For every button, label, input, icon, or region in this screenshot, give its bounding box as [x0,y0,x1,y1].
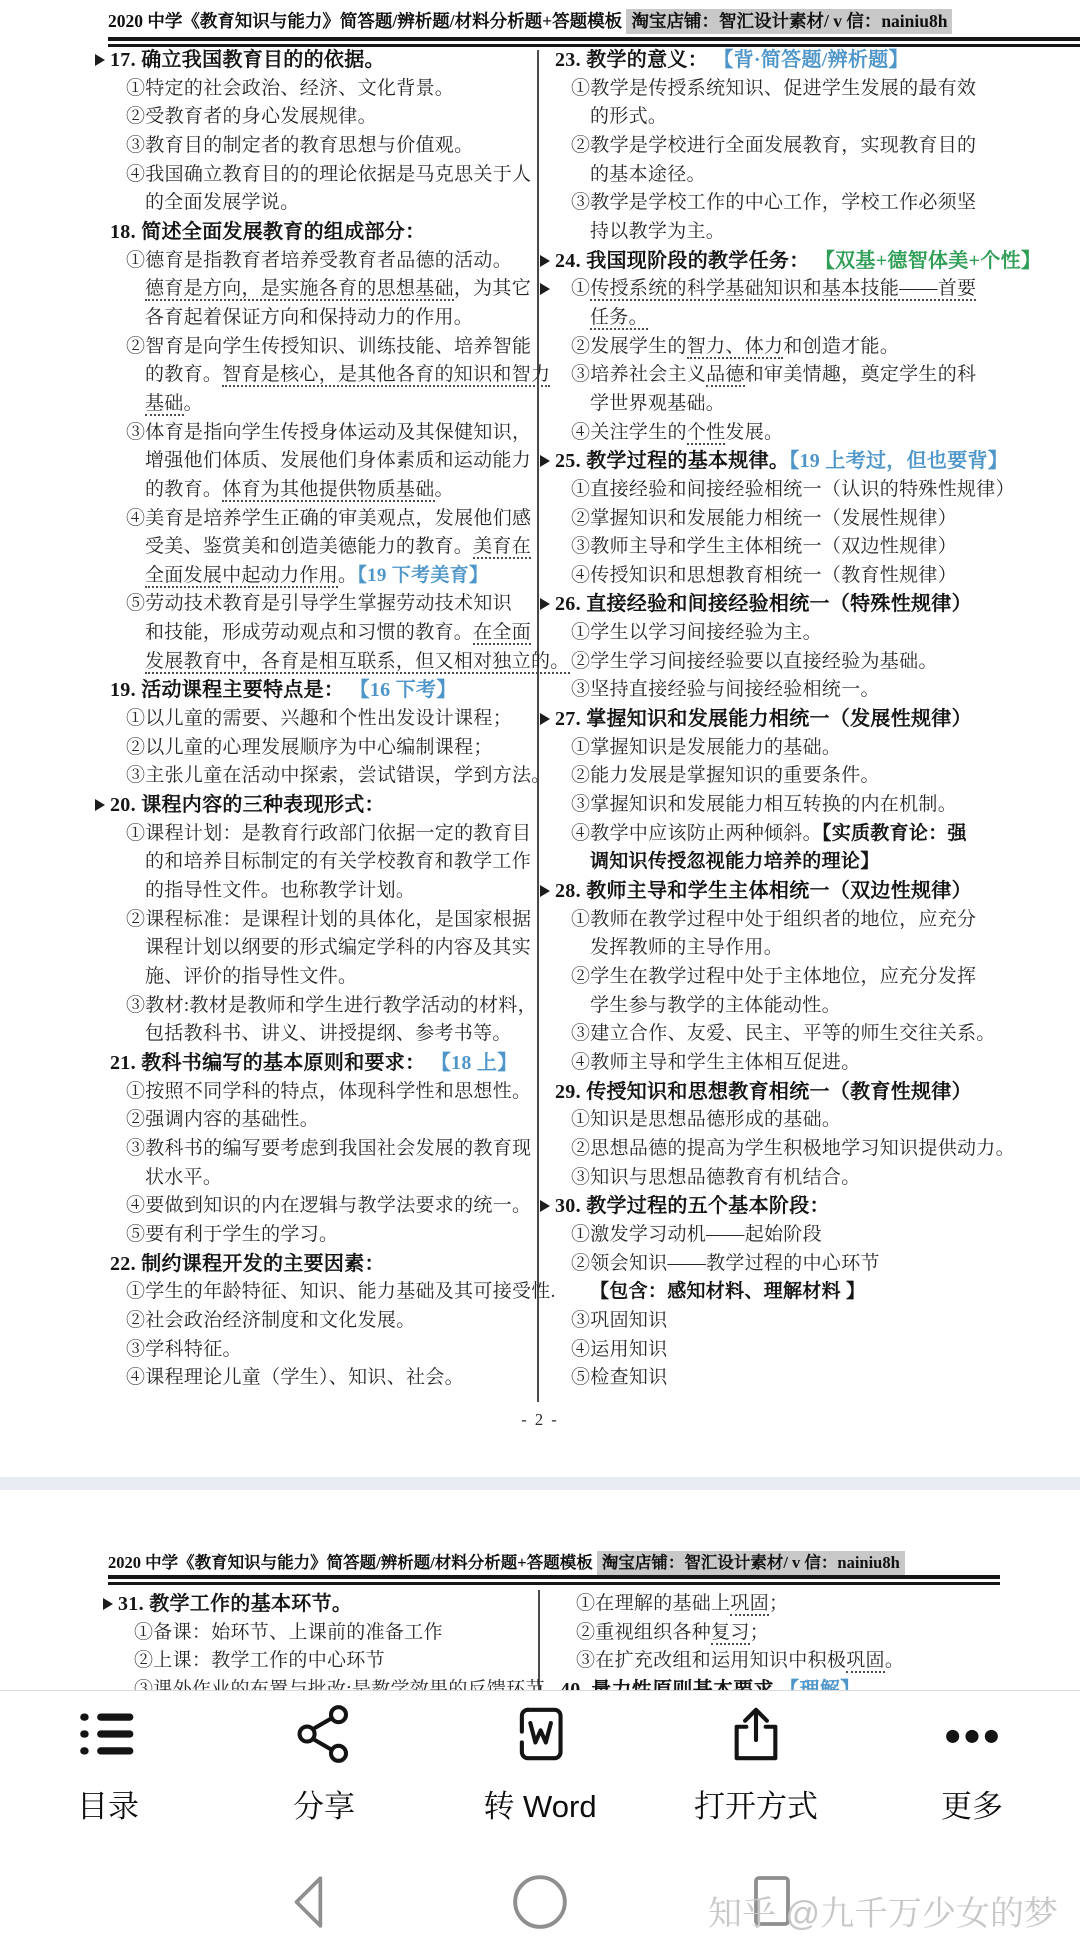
doc-text: 28. 教师主导和学生主体相统一（双边性规律） [555,880,972,902]
open-with-icon [727,1705,785,1763]
doc-text: ①课程计划：是教育行政部门依据一定的教育目 [126,823,531,844]
doc-text-line: ③教材:教材是教师和学生进行教学活动的材料， [95,992,555,1021]
doc-text: ④课程理论儿童（学生）、知识、社会。 [126,1367,464,1388]
doc-text-line: 的全面发展学说。 [95,189,555,218]
doc-text: ④关注学生的 [571,422,687,443]
doc-text: ①在理解的基础上 [576,1593,730,1614]
doc-text: ②发展学生的 [571,336,687,357]
arrow-marker-icon [95,799,105,811]
doc-text-line: 德育是方向，是实施各育的思想基础，为其它 [95,275,555,304]
doc-text: 持以教学为主。 [590,221,725,242]
doc-text: ④我国确立教育目的的理论依据是马克思关于人 [126,164,531,185]
doc-text-line: ①教学是传授系统知识、促进学生发展的最有效 [540,75,1080,104]
doc-text: ③教科书的编写要考虑到我国社会发展的教育现 [126,1138,531,1159]
share-icon [295,1705,353,1763]
doc-text-line: ②以儿童的心理发展顺序为中心编制课程； [95,734,555,763]
doc-heading-line: 27. 掌握知识和发展能力相统一（发展性规律） [540,705,1080,734]
doc-text-line: ①教师在教学过程中处于组织者的地位，应充分 [540,906,1080,935]
exam-tag: 【双基+德智体美+个性】 [815,250,1041,272]
doc-text-line: 和技能，形成劳动观点和习惯的教育。在全面 [95,619,555,648]
doc-text: 24. 我国现阶段的教学任务： [555,250,810,272]
doc-text-line: ①特定的社会政治、经济、文化背景。 [95,75,555,104]
doc-text: 智力、体力 [687,336,784,359]
doc-text: ②课程标准：是课程计划的具体化，是国家根据 [126,909,531,930]
doc-text-line: 课程计划以纲要的形式编定学科的内容及其实 [95,934,555,963]
doc-text: 。 [338,565,357,586]
doc-text-line: ①知识是思想品德形成的基础。 [540,1106,1080,1135]
doc-text-line: ⑤要有利于学生的学习。 [95,1221,555,1250]
doc-text-line: ①学生以学习间接经验为主。 [540,619,1080,648]
doc-text: ； [769,1593,788,1614]
exam-tag: 【理解】 [779,1679,860,1691]
doc-text: ①激发学习动机——起始阶段 [571,1224,822,1245]
page-number: - 2 - [0,1410,1080,1430]
doc-text-line: ③巩固知识 [540,1307,1080,1336]
doc-text: 学生参与教学的主体能动性。 [590,995,841,1016]
doc-heading-line: 18. 简述全面发展教育的组成部分： [95,218,555,247]
doc-text: ①特定的社会政治、经济、文化背景。 [126,78,454,99]
doc-heading-line: 19. 活动课程主要特点是： 【16 下考】 [95,676,555,705]
doc-text: 21. 教科书编写的基本原则和要求： [110,1052,425,1074]
doc-text: 发展。 [725,422,783,443]
doc-text: 。 [184,393,203,414]
doc-text-line: ③在扩充改组和运用知识中积极巩固。 [545,1647,1080,1676]
doc-text-line: 任务。 [540,304,1080,333]
doc-text-line: 全面发展中起动力作用。【19 下考美育】 [95,562,555,591]
doc-text-line: 发挥教师的主导作用。 [540,934,1080,963]
doc-heading-line: 31. 教学工作的基本环节。 [103,1590,543,1619]
doc-text-line: 学世界观基础。 [540,390,1080,419]
doc-text: 巩固 [846,1650,885,1673]
doc-text-line: ②社会政治经济制度和文化发展。 [95,1307,555,1336]
doc-heading-line: 24. 我国现阶段的教学任务： 【双基+德智体美+个性】 [540,247,1080,276]
more-icon [943,1705,1001,1763]
doc-text: 美育在 [473,536,531,559]
doc-text: ③体育是指向学生传授身体运动及其保健知识， [126,422,531,443]
doc-text-line: 包括教科书、讲义、讲授提纲、参考书等。 [95,1020,555,1049]
doc-text: 的教育。 [145,364,222,385]
doc-text: 个性 [687,422,726,445]
doc-text: 。 [435,479,454,500]
doc-text: ①学生的年龄特征、知识、能力基础及其可接受性. [126,1281,556,1302]
doc-text-line: 的指导性文件。也称教学计划。 [95,877,555,906]
doc-text: ① [571,278,590,299]
doc-text-line: ③体育是指向学生传授身体运动及其保健知识， [95,419,555,448]
doc-text: ①以儿童的需要、兴趣和个性出发设计课程； [126,708,512,729]
doc-text: 的全面发展学说。 [145,192,299,213]
doc-text-line: 状水平。 [95,1164,555,1193]
doc-heading-line: 25. 教学过程的基本规律。【19 上考过，但也要背】 [540,447,1080,476]
open-with-label: 打开方式 [694,1781,818,1826]
system-nav-bar: 知乎 @九千万少女的梦 [0,1858,1080,1955]
doc-heading-line: 29. 传授知识和思想教育相统一（教育性规律） [540,1078,1080,1107]
doc-text: ③掌握知识和发展能力相互转换的内在机制。 [571,794,957,815]
doc-text: ③培养社会主义 [571,364,706,385]
doc-text-line: ②领会知识——教学过程的中心环节 [540,1250,1080,1279]
doc-text: ②学生学习间接经验要以直接经验为基础。 [571,651,938,672]
doc-text-line: ③教师主导和学生主体相统一（双边性规律） [540,533,1080,562]
doc-text: 智育是核心，是其他各育的知识和智力 [222,364,550,387]
arrow-marker-icon [540,713,550,725]
doc-text: ①学生以学习间接经验为主。 [571,622,822,643]
doc-text: 课程计划以纲要的形式编定学科的内容及其实 [145,937,531,958]
arrow-marker-icon [540,283,550,295]
doc-text: 调知识传授忽视能力培养的理论】 [590,851,880,872]
doc-text: 施、评价的指导性文件。 [145,966,357,987]
doc-text: 增强他们体质、发展他们身体素质和运动能力 [145,450,531,471]
doc-text: 31. 教学工作的基本环节。 [118,1593,352,1615]
doc-text-line: ③坚持直接经验与间接经验相统一。 [540,676,1080,705]
to-word-label: 转 Word [483,1781,596,1826]
doc-text: 全面发展中起动力作用 [145,565,338,588]
page-header: 2020 中学《教育知识与能力》简答题/辨析题/材料分析题+答题模板 淘宝店铺：… [108,8,952,33]
doc-text-line: ②发展学生的智力、体力和创造才能。 [540,333,1080,362]
doc-text-line: ③知识与思想品德教育有机结合。 [540,1164,1080,1193]
doc-text: ②重视组织各种 [576,1622,711,1643]
doc-text-line: ③培养社会主义品德和审美情趣，奠定学生的科 [540,361,1080,390]
exam-tag: 【背·简答题/辨析题】 [713,49,909,71]
home-icon[interactable] [510,1872,570,1932]
doc-text-line: ④运用知识 [540,1336,1080,1365]
doc-text: 品德 [706,364,745,387]
to-word-icon [511,1705,569,1763]
doc-text: ①教师在教学过程中处于组织者的地位，应充分 [571,909,976,930]
doc-text-line: ③掌握知识和发展能力相互转换的内在机制。 [540,791,1080,820]
doc-text-line: ②重视组织各种复习； [545,1619,1080,1648]
doc-text: ②领会知识——教学过程的中心环节 [571,1253,880,1274]
doc-text: ①直接经验和间接经验相统一（认识的特殊性规律） [571,479,1015,500]
doc-text: ，为其它 [454,278,531,299]
doc-text-line: ①传授系统的科学基础知识和基本技能——首要 [540,275,1080,304]
exam-tag: 【18 上】 [431,1052,518,1074]
doc-text-line: ②学生在教学过程中处于主体地位，应充分发挥 [540,963,1080,992]
doc-text-line: ①直接经验和间接经验相统一（认识的特殊性规律） [540,476,1080,505]
doc-text-line: ①备课：始环节、上课前的准备工作 [103,1619,543,1648]
doc-text-line: 学生参与教学的主体能动性。 [540,992,1080,1021]
doc-text-line: ④教师主导和学生主体相互促进。 [540,1049,1080,1078]
doc-text: 的和培养目标制定的有关学校教育和教学工作 [145,851,531,872]
doc-text-line: 的基本途径。 [540,161,1080,190]
doc-text-line: ②智育是向学生传授知识、训练技能、培养智能 [95,333,555,362]
page1-left-column: 17. 确立我国教育目的的依据。①特定的社会政治、经济、文化背景。②受教育者的身… [95,46,555,1393]
doc-text-line: ②掌握知识和发展能力相统一（发展性规律） [540,505,1080,534]
arrow-marker-icon [540,455,550,467]
doc-text: 状水平。 [145,1167,222,1188]
doc-text: ③主张儿童在活动中探索，尝试错误，学到方法。 [126,765,551,786]
doc-text: 发挥教师的主导作用。 [590,937,783,958]
doc-text: 【实质教育论：强 [822,823,967,844]
back-icon[interactable] [280,1872,340,1932]
doc-text: ②掌握知识和发展能力相统一（发展性规律） [571,508,957,529]
doc-text: ①知识是思想品德形成的基础。 [571,1109,841,1130]
share-label: 分享 [293,1781,355,1826]
doc-text: ③教师主导和学生主体相统一（双边性规律） [571,536,957,557]
doc-text-line: 发展教育中，各育是相互联系，但又相对独立的。 [95,648,555,677]
doc-text: 40. 量力性原则基本要求 [560,1679,774,1691]
arrow-marker-icon [540,255,550,267]
doc-text: 任务。 [590,307,648,330]
doc-heading-line: 22. 制约课程开发的主要因素： [95,1250,555,1279]
doc-text-line: 施、评价的指导性文件。 [95,963,555,992]
doc-text-line: 受美、鉴赏美和创造美德能力的教育。美育在 [95,533,555,562]
doc-text: ①备课：始环节、上课前的准备工作 [134,1622,443,1643]
doc-text-line: ②上课：教学工作的中心环节 [103,1647,543,1676]
doc-text: ③教育目的制定者的教育思想与价值观。 [126,135,473,156]
doc-heading-line: 20. 课程内容的三种表现形式： [95,791,555,820]
doc-text-line: ③教学是学校工作的中心工作，学校工作必须坚 [540,189,1080,218]
doc-text-line: ①激发学习动机——起始阶段 [540,1221,1080,1250]
doc-text: 巩固 [730,1593,769,1616]
doc-text-line: ②思想品德的提高为学生积极地学习知识提供动力。 [540,1135,1080,1164]
doc-text: 。 [885,1650,904,1671]
share-button[interactable]: 分享 [216,1691,432,1858]
doc-text-line: ⑤劳动技术教育是引导学生掌握劳动技术知识 [95,590,555,619]
doc-text: ②能力发展是掌握知识的重要条件。 [571,765,880,786]
page-header-shop-highlight: 淘宝店铺：智汇设计素材/ v 信：nainiu8h [597,1551,905,1575]
exam-tag: 【19 下考美育】 [357,565,488,586]
page2-right-column: ①在理解的基础上巩固；②重视组织各种复习；③在扩充改组和运用知识中积极巩固。40… [545,1590,1080,1690]
doc-text-line: ③主张儿童在活动中探索，尝试错误，学到方法。 [95,762,555,791]
doc-text-line: ②能力发展是掌握知识的重要条件。 [540,762,1080,791]
doc-text-line: ①课程计划：是教育行政部门依据一定的教育目 [95,820,555,849]
doc-text: 和审美情趣，奠定学生的科 [745,364,977,385]
doc-text-line: 各育起着保证方向和保持动力的作用。 [95,304,555,333]
page-header-title: 2020 中学《教育知识与能力》简答题/辨析题/材料分析题+答题模板 [108,1553,593,1572]
doc-text: ④美育是培养学生正确的审美观点，发展他们感 [126,508,531,529]
toc-button[interactable]: 目录 [0,1691,216,1858]
doc-text: ①掌握知识是发展能力的基础。 [571,737,841,758]
doc-text: 29. 传授知识和思想教育相统一（教育性规律） [555,1081,972,1103]
doc-text: ⑤要有利于学生的学习。 [126,1224,338,1245]
doc-text-line: ①学生的年龄特征、知识、能力基础及其可接受性. [95,1278,555,1307]
page-header-title: 2020 中学《教育知识与能力》简答题/辨析题/材料分析题+答题模板 [108,11,622,31]
open-with-button[interactable]: 打开方式 [648,1691,864,1858]
doc-text: 各育起着保证方向和保持动力的作用。 [145,307,473,328]
doc-text: 德育是方向，是实施各育的思想基础 [145,278,454,301]
doc-text: 复习 [711,1622,750,1645]
doc-text: ③坚持直接经验与间接经验相统一。 [571,679,880,700]
doc-text-line: 调知识传授忽视能力培养的理论】 [540,848,1080,877]
doc-text: 的教育。 [145,479,222,500]
doc-heading-line: 30. 教学过程的五个基本阶段： [540,1192,1080,1221]
doc-text-line: ①按照不同学科的特点，体现科学性和思想性。 [95,1078,555,1107]
doc-text: 26. 直接经验和间接经验相统一（特殊性规律） [555,593,972,615]
doc-text: ②上课：教学工作的中心环节 [134,1650,385,1671]
doc-text: ③在扩充改组和运用知识中积极 [576,1650,846,1671]
doc-text: 在全面 [473,622,531,645]
doc-text-line: ①掌握知识是发展能力的基础。 [540,734,1080,763]
doc-text: ③教学是学校工作的中心工作，学校工作必须坚 [571,192,976,213]
doc-heading-line: 26. 直接经验和间接经验相统一（特殊性规律） [540,590,1080,619]
doc-text-line: ④课程理论儿童（学生）、知识、社会。 [95,1364,555,1393]
page-header: 2020 中学《教育知识与能力》简答题/辨析题/材料分析题+答题模板 淘宝店铺：… [108,1549,905,1573]
doc-heading-line: 21. 教科书编写的基本原则和要求： 【18 上】 [95,1049,555,1078]
doc-text: ②强调内容的基础性。 [126,1109,319,1130]
doc-text-line: ④传授知识和思想教育相统一（教育性规律） [540,562,1080,591]
doc-text-line: 的教育。智育是核心，是其他各育的知识和智力 [95,361,555,390]
doc-text: ③巩固知识 [571,1310,668,1331]
doc-text: 的形式。 [590,106,667,127]
arrow-marker-icon [540,598,550,610]
doc-text: 18. 简述全面发展教育的组成部分： [110,221,425,243]
doc-text: ①教学是传授系统知识、促进学生发展的最有效 [571,78,976,99]
header-double-rule [108,1575,1000,1585]
doc-text: 包括教科书、讲义、讲授提纲、参考书等。 [145,1023,512,1044]
doc-heading-line: 40. 量力性原则基本要求 【理解】 [545,1676,1080,1691]
doc-text: ②社会政治经济制度和文化发展。 [126,1310,416,1331]
doc-text: 23. 教学的意义： [555,49,708,71]
doc-text-line: ⑤检查知识 [540,1364,1080,1393]
doc-text: ①按照不同学科的特点，体现科学性和思想性。 [126,1081,531,1102]
doc-text: ④运用知识 [571,1339,668,1360]
doc-text: 17. 确立我国教育目的的依据。 [110,49,385,71]
doc-text-line: ③建立合作、友爱、民主、平等的师生交往关系。 [540,1020,1080,1049]
doc-text: ④教师主导和学生主体相互促进。 [571,1052,861,1073]
doc-text: 22. 制约课程开发的主要因素： [110,1253,385,1275]
doc-text: 体育为其他提供物质基础 [222,479,434,502]
more-button[interactable]: 更多 [864,1691,1080,1858]
page-separator [0,1477,1080,1490]
doc-text: 的基本途径。 [590,164,706,185]
doc-text: 学世界观基础。 [590,393,725,414]
doc-text: ⑤检查知识 [571,1367,668,1388]
doc-text-line: ④教学中应该防止两种倾斜。【实质教育论：强 [540,820,1080,849]
doc-text-line: ②受教育者的身心发展规律。 [95,103,555,132]
more-label: 更多 [941,1781,1003,1826]
doc-text: ③课外作业的布置与批改:是教学效果的反馈环节 [134,1679,545,1691]
doc-text: ②受教育者的身心发展规律。 [126,106,377,127]
doc-text: 19. 活动课程主要特点是： [110,679,344,701]
doc-text: ②学生在教学过程中处于主体地位，应充分发挥 [571,966,976,987]
doc-text: ⑤劳动技术教育是引导学生掌握劳动技术知识 [126,593,512,614]
doc-text-line: ③教育目的制定者的教育思想与价值观。 [95,132,555,161]
doc-text-line: 持以教学为主。 [540,218,1080,247]
doc-text: ②教学是学校进行全面发展教育，实现教育目的 [571,135,976,156]
exam-tag: 【19 上考过，但也要背】 [789,450,1008,472]
doc-text: ①德育是指教育者培养受教育者品德的活动。 [126,250,512,271]
doc-text-line: ③课外作业的布置与批改:是教学效果的反馈环节 [103,1676,543,1691]
doc-text: ④传授知识和思想教育相统一（教育性规律） [571,565,957,586]
doc-text: ③建立合作、友爱、民主、平等的师生交往关系。 [571,1023,996,1044]
doc-text: ④教学中应该防止两种倾斜。 [571,823,822,844]
doc-text-line: ④关注学生的个性发展。 [540,419,1080,448]
doc-text: 27. 掌握知识和发展能力相统一（发展性规律） [555,708,972,730]
toc-label: 目录 [77,1781,139,1826]
doc-text: 和创造才能。 [783,336,899,357]
doc-heading-line: 28. 教师主导和学生主体相统一（双边性规律） [540,877,1080,906]
page2-left-column: 31. 教学工作的基本环节。①备课：始环节、上课前的准备工作②上课：教学工作的中… [103,1590,543,1690]
doc-text-line: 的形式。 [540,103,1080,132]
doc-text-line: ②强调内容的基础性。 [95,1106,555,1135]
doc-text-line: 【包含：感知材料、理解材料 】 [540,1278,1080,1307]
doc-text: ③教材:教材是教师和学生进行教学活动的材料， [126,995,537,1016]
doc-text-line: 的和培养目标制定的有关学校教育和教学工作 [95,848,555,877]
doc-text: 发展教育中，各育是相互联系，但又相对独立的。 [145,651,570,674]
doc-text: 基础 [145,393,184,416]
arrow-marker-icon [540,1200,550,1212]
doc-text-line: ④我国确立教育目的的理论依据是马克思关于人 [95,161,555,190]
doc-text: ④要做到知识的内在逻辑与教学法要求的统一。 [126,1195,531,1216]
doc-text-line: ①以儿童的需要、兴趣和个性出发设计课程； [95,705,555,734]
to-word-button[interactable]: 转 Word [432,1691,648,1858]
doc-text: ②思想品德的提高为学生积极地学习知识提供动力。 [571,1138,1015,1159]
watermark: 知乎 @九千万少女的梦 [708,1886,1058,1935]
page-header-shop-highlight: 淘宝店铺：智汇设计素材/ v 信：nainiu8h [626,9,952,34]
toc-icon [79,1705,137,1763]
doc-text: 【包含：感知材料、理解材料 】 [590,1281,865,1302]
doc-text-line: ④要做到知识的内在逻辑与教学法要求的统一。 [95,1192,555,1221]
doc-text-line: ②课程标准：是课程计划的具体化，是国家根据 [95,906,555,935]
doc-text: ②智育是向学生传授知识、训练技能、培养智能 [126,336,531,357]
doc-text: ③学科特征。 [126,1339,242,1360]
arrow-marker-icon [540,885,550,897]
doc-text: 25. 教学过程的基本规律。 [555,450,789,472]
doc-text: ②以儿童的心理发展顺序为中心编制课程； [126,737,493,758]
doc-text: ； [750,1622,769,1643]
doc-text-line: 基础。 [95,390,555,419]
arrow-marker-icon [95,54,105,66]
doc-text-line: ①德育是指教育者培养受教育者品德的活动。 [95,247,555,276]
doc-text: 传授系统的科学基础知识和基本技能——首要 [590,278,976,301]
doc-text-line: ②学生学习间接经验要以直接经验为基础。 [540,648,1080,677]
doc-text: 的指导性文件。也称教学计划。 [145,880,415,901]
arrow-marker-icon [103,1598,113,1610]
exam-tag: 【16 下考】 [350,679,457,701]
doc-heading-line: 23. 教学的意义： 【背·简答题/辨析题】 [540,46,1080,75]
doc-text-line: ②教学是学校进行全面发展教育，实现教育目的 [540,132,1080,161]
doc-text-line: 的教育。体育为其他提供物质基础。 [95,476,555,505]
doc-text: 和技能，形成劳动观点和习惯的教育。 [145,622,473,643]
page1-right-column: 23. 教学的意义： 【背·简答题/辨析题】①教学是传授系统知识、促进学生发展的… [540,46,1080,1393]
document-viewer[interactable]: 2020 中学《教育知识与能力》简答题/辨析题/材料分析题+答题模板 淘宝店铺：… [0,0,1080,1690]
doc-text-line: ③教科书的编写要考虑到我国社会发展的教育现 [95,1135,555,1164]
bottom-toolbar: 目录 分享 转 Word [0,1690,1080,1858]
doc-text: 30. 教学过程的五个基本阶段： [555,1195,830,1217]
doc-text-line: ③学科特征。 [95,1336,555,1365]
doc-text: 受美、鉴赏美和创造美德能力的教育。 [145,536,473,557]
doc-heading-line: 17. 确立我国教育目的的依据。 [95,46,555,75]
doc-text: 20. 课程内容的三种表现形式： [110,794,385,816]
doc-text-line: 增强他们体质、发展他们身体素质和运动能力 [95,447,555,476]
doc-text: ③知识与思想品德教育有机结合。 [571,1167,861,1188]
doc-text-line: ④美育是培养学生正确的审美观点，发展他们感 [95,505,555,534]
doc-text-line: ①在理解的基础上巩固； [545,1590,1080,1619]
